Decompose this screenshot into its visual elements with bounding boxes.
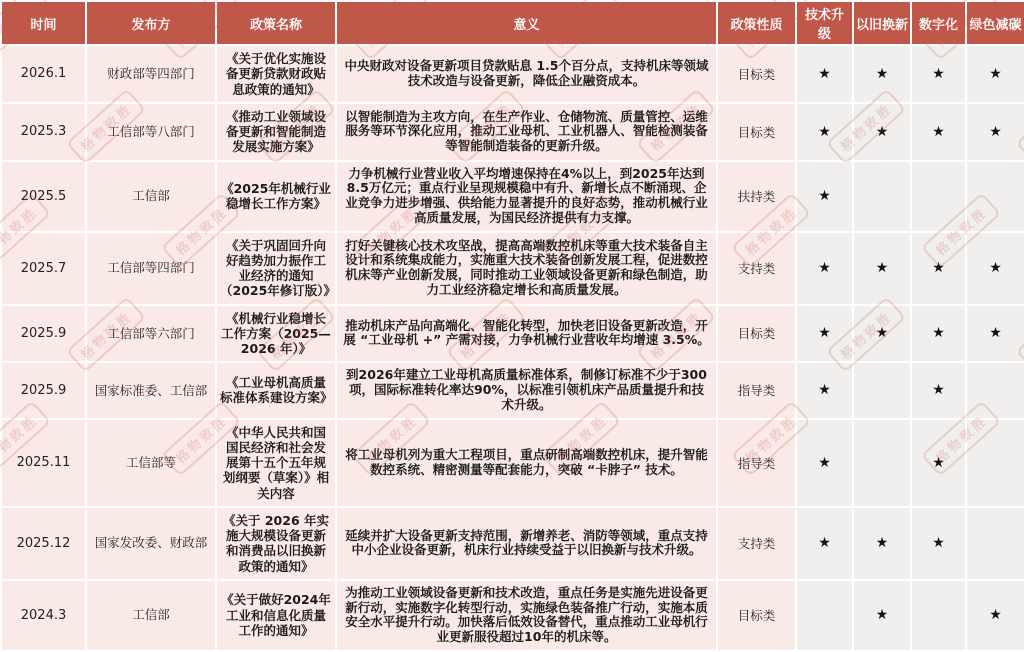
- policy-name-cell: 《关于巩固回升向好趋势加力振作工业经济的通知（2025年修订版）》: [216, 232, 336, 305]
- policy-nature-cell: 扶持类: [717, 161, 796, 232]
- table-row: 2025.5工信部《2025年机械行业稳增长工作方案》力争机械行业营业收入平均增…: [1, 161, 1024, 232]
- publisher-cell: 工信部等八部门: [86, 103, 216, 161]
- green-carbon-star-cell: ★: [966, 232, 1024, 305]
- policy-nature-cell: 目标类: [717, 305, 796, 363]
- meaning-cell: 中央财政对设备更新项目贷款贴息 1.5个百分点，支持机床等领域技术改造与设备更新…: [336, 45, 717, 103]
- meaning-cell: 打好关键核心技术攻坚战，提高高端数控机床等重大技术装备自主设计和系统集成能力，实…: [336, 232, 717, 305]
- policy-name-cell: 《工业母机高质量标准体系建设方案》: [216, 362, 336, 418]
- tech-upgrade-star-cell: [796, 580, 853, 651]
- trade-in-star-cell: ★: [853, 507, 911, 580]
- table-row: 2025.11工信部等《中华人民共和国国民经济和社会发展第十五个五年规划纲要（草…: [1, 419, 1024, 507]
- policy-name-cell: 《推动工业领域设备更新和智能制造发展实施方案》: [216, 103, 336, 161]
- time-cell: 2025.5: [1, 161, 86, 232]
- meaning-cell: 将工业母机列为重大工程项目，重点研制高端数控机床，提升智能数控系统、精密测量等配…: [336, 419, 717, 507]
- time-cell: 2026.1: [1, 45, 86, 103]
- digitalization-star-cell: [911, 161, 966, 232]
- digitalization-star-cell: ★: [911, 45, 966, 103]
- green-carbon-star-cell: ★: [966, 580, 1024, 651]
- tech-upgrade-star-cell: ★: [796, 232, 853, 305]
- green-carbon-star-cell: [966, 507, 1024, 580]
- column-header-publisher: 发布方: [86, 1, 216, 45]
- policy-nature-cell: 指导类: [717, 362, 796, 418]
- publisher-cell: 国家发改委、财政部: [86, 507, 216, 580]
- meaning-cell: 力争机械行业营业收入平均增速保持在4%以上，到2025年达到8.5万亿元；重点行…: [336, 161, 717, 232]
- trade-in-star-cell: [853, 161, 911, 232]
- meaning-cell: 延续并扩大设备更新支持范围，新增养老、消防等领域，重点支持中小企业设备更新，机床…: [336, 507, 717, 580]
- policy-nature-cell: 目标类: [717, 103, 796, 161]
- meaning-cell: 推动机床产品向高端化、智能化转型，加快老旧设备更新改造，开展 “工业母机 +” …: [336, 305, 717, 363]
- publisher-cell: 工信部等四部门: [86, 232, 216, 305]
- digitalization-star-cell: ★: [911, 103, 966, 161]
- table-body: 2026.1财政部等四部门《关于优化实施设备更新贷款财政贴息政策的通知》中央财政…: [1, 45, 1024, 651]
- policy-name-cell: 《关于 2026 年实施大规模设备更新和消费品以旧换新政策的通知》: [216, 507, 336, 580]
- time-cell: 2025.9: [1, 305, 86, 363]
- policy-nature-cell: 目标类: [717, 45, 796, 103]
- publisher-cell: 工信部等六部门: [86, 305, 216, 363]
- policy-nature-cell: 支持类: [717, 507, 796, 580]
- meaning-cell: 以智能制造为主攻方向，在生产作业、仓储物流、质量管控、运维服务等环节深化应用，推…: [336, 103, 717, 161]
- table-row: 2025.12国家发改委、财政部《关于 2026 年实施大规模设备更新和消费品以…: [1, 507, 1024, 580]
- meaning-cell: 到2026年建立工业母机高质量标准体系，制修订标准不少于300项，国际标准转化率…: [336, 362, 717, 418]
- time-cell: 2024.3: [1, 580, 86, 651]
- publisher-cell: 工信部: [86, 161, 216, 232]
- time-cell: 2025.7: [1, 232, 86, 305]
- green-carbon-star-cell: ★: [966, 103, 1024, 161]
- green-carbon-star-cell: [966, 362, 1024, 418]
- policy-name-cell: 《机械行业稳增长工作方案（2025—2026 年）》: [216, 305, 336, 363]
- policy-nature-cell: 支持类: [717, 232, 796, 305]
- table-row: 2024.3工信部《关于做好2024年工业和信息化质量工作的通知》为推动工业领域…: [1, 580, 1024, 651]
- table-row: 2025.9工信部等六部门《机械行业稳增长工作方案（2025—2026 年）》推…: [1, 305, 1024, 363]
- column-header-nature: 政策性质: [717, 1, 796, 45]
- trade-in-star-cell: ★: [853, 580, 911, 651]
- green-carbon-star-cell: [966, 161, 1024, 232]
- policy-table: 时间发布方政策名称意义政策性质技术升级以旧换新数字化绿色减碳 2026.1财政部…: [0, 0, 1024, 652]
- tech-upgrade-star-cell: ★: [796, 419, 853, 507]
- tech-upgrade-star-cell: ★: [796, 103, 853, 161]
- policy-nature-cell: 指导类: [717, 419, 796, 507]
- trade-in-star-cell: ★: [853, 103, 911, 161]
- publisher-cell: 财政部等四部门: [86, 45, 216, 103]
- publisher-cell: 工信部等: [86, 419, 216, 507]
- policy-table-page: 时间发布方政策名称意义政策性质技术升级以旧换新数字化绿色减碳 2026.1财政部…: [0, 0, 1024, 652]
- policy-nature-cell: 目标类: [717, 580, 796, 651]
- column-header-time: 时间: [1, 1, 86, 45]
- publisher-cell: 国家标准委、工信部: [86, 362, 216, 418]
- time-cell: 2025.12: [1, 507, 86, 580]
- table-row: 2025.7工信部等四部门《关于巩固回升向好趋势加力振作工业经济的通知（2025…: [1, 232, 1024, 305]
- trade-in-star-cell: [853, 419, 911, 507]
- digitalization-star-cell: ★: [911, 305, 966, 363]
- time-cell: 2025.3: [1, 103, 86, 161]
- table-row: 2025.3工信部等八部门《推动工业领域设备更新和智能制造发展实施方案》以智能制…: [1, 103, 1024, 161]
- column-header-trade_in: 以旧换新: [853, 1, 911, 45]
- column-header-digitalization: 数字化: [911, 1, 966, 45]
- green-carbon-star-cell: [966, 419, 1024, 507]
- digitalization-star-cell: ★: [911, 419, 966, 507]
- column-header-meaning: 意义: [336, 1, 717, 45]
- table-row: 2026.1财政部等四部门《关于优化实施设备更新贷款财政贴息政策的通知》中央财政…: [1, 45, 1024, 103]
- tech-upgrade-star-cell: ★: [796, 362, 853, 418]
- tech-upgrade-star-cell: ★: [796, 45, 853, 103]
- policy-name-cell: 《中华人民共和国国民经济和社会发展第十五个五年规划纲要（草案）》相关内容: [216, 419, 336, 507]
- policy-name-cell: 《关于优化实施设备更新贷款财政贴息政策的通知》: [216, 45, 336, 103]
- trade-in-star-cell: ★: [853, 45, 911, 103]
- digitalization-star-cell: ★: [911, 362, 966, 418]
- trade-in-star-cell: ★: [853, 305, 911, 363]
- column-header-policy: 政策名称: [216, 1, 336, 45]
- tech-upgrade-star-cell: ★: [796, 161, 853, 232]
- trade-in-star-cell: [853, 362, 911, 418]
- time-cell: 2025.11: [1, 419, 86, 507]
- time-cell: 2025.9: [1, 362, 86, 418]
- tech-upgrade-star-cell: ★: [796, 507, 853, 580]
- header-row: 时间发布方政策名称意义政策性质技术升级以旧换新数字化绿色减碳: [1, 1, 1024, 45]
- green-carbon-star-cell: ★: [966, 305, 1024, 363]
- publisher-cell: 工信部: [86, 580, 216, 651]
- digitalization-star-cell: [911, 580, 966, 651]
- digitalization-star-cell: ★: [911, 507, 966, 580]
- green-carbon-star-cell: ★: [966, 45, 1024, 103]
- column-header-tech_upgrade: 技术升级: [796, 1, 853, 45]
- tech-upgrade-star-cell: ★: [796, 305, 853, 363]
- meaning-cell: 为推动工业领域设备更新和技术改造，重点任务是实施先进设备更新行动，实施数字化转型…: [336, 580, 717, 651]
- policy-name-cell: 《2025年机械行业稳增长工作方案》: [216, 161, 336, 232]
- table-row: 2025.9国家标准委、工信部《工业母机高质量标准体系建设方案》到2026年建立…: [1, 362, 1024, 418]
- trade-in-star-cell: ★: [853, 232, 911, 305]
- digitalization-star-cell: ★: [911, 232, 966, 305]
- policy-name-cell: 《关于做好2024年工业和信息化质量工作的通知》: [216, 580, 336, 651]
- column-header-green_carbon: 绿色减碳: [966, 1, 1024, 45]
